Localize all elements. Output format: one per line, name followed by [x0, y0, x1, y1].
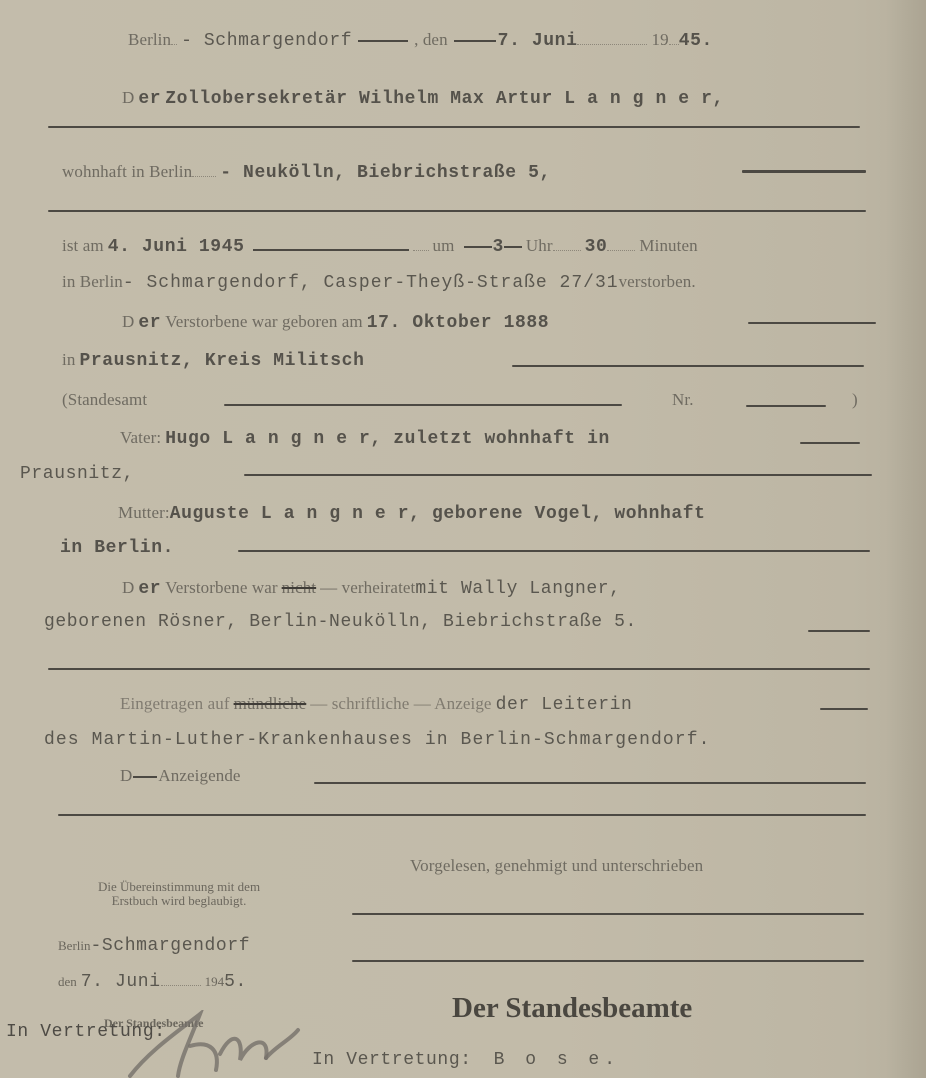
death-place-label: in Berlin — [62, 272, 123, 291]
in-label: in — [62, 350, 75, 369]
birth-place: Prausnitz, Kreis Militsch — [79, 351, 364, 371]
registration-label-rest: — schriftliche — Anzeige — [310, 694, 491, 713]
registration-label: Eingetragen auf — [120, 694, 230, 713]
deceased-line: Der Zollobersekretär Wilhelm Max Artur L… — [122, 88, 724, 109]
cert-date-value: 7. Juni — [81, 972, 161, 992]
struck-nicht: nicht — [282, 578, 317, 597]
certification-place-line: Berlin-Schmargendorf — [58, 936, 250, 956]
cert-place-value: -Schmargendorf — [91, 936, 251, 956]
father-line-1: Vater: Hugo L a n g n e r, zuletzt wohnh… — [120, 428, 610, 449]
signer-line: In Vertretung: B o s e. — [312, 1050, 620, 1070]
birth-place-line: in Prausnitz, Kreis Militsch — [62, 350, 364, 371]
signature-rule-1 — [352, 913, 864, 915]
father-value-2: Prausnitz, — [20, 464, 134, 484]
uhr-label: Uhr — [526, 236, 553, 255]
blank-rule — [58, 814, 866, 816]
death-date-line: ist am 4. Juni 1945 um 3 Uhr 30 Minuten — [62, 236, 698, 257]
fill-rule — [244, 474, 872, 476]
informant-prefix: D — [120, 766, 132, 785]
informant-value-2: des Martin-Luther-Krankenhauses in Berli… — [44, 730, 711, 750]
in-vertretung-text: In Vertretung: — [312, 1050, 472, 1070]
article-suffix: er — [138, 313, 161, 333]
standesamt-rule — [224, 404, 622, 406]
signature-rule-2 — [352, 960, 864, 962]
verstorben-label: verstorben. — [619, 272, 696, 291]
informant-value: der Leiterin — [496, 695, 633, 715]
mother-value: Auguste L a n g n e r, geborene Vogel, w… — [170, 504, 706, 524]
paren: ) — [852, 390, 858, 409]
cert-date-label: den — [58, 974, 77, 989]
death-hour: 3 — [492, 237, 503, 257]
date-label: , den — [414, 30, 448, 49]
death-place-line: in Berlin- Schmargendorf, Casper-Theyß-S… — [62, 272, 696, 293]
birth-date-line: Der Verstorbene war geboren am 17. Oktob… — [122, 312, 549, 333]
deceased-name: Zollobersekretär Wilhelm Max Artur L a n… — [165, 89, 724, 109]
um-label: um — [433, 236, 455, 255]
residence-line: wohnhaft in Berlin - Neukölln, Biebrichs… — [62, 162, 551, 183]
article-suffix: er — [138, 579, 161, 599]
nr-field: Nr. — [672, 390, 694, 410]
date-value: 7. Juni — [498, 31, 578, 51]
cert-year-suffix: 5. — [224, 972, 247, 992]
year-prefix: 19 — [651, 30, 668, 49]
residence-label: wohnhaft in Berlin — [62, 162, 192, 181]
residence-value: - Neukölln, Biebrichstraße 5, — [220, 163, 551, 183]
death-date-label: ist am — [62, 236, 104, 255]
struck-muendliche: mündliche — [234, 694, 307, 713]
minuten-label: Minuten — [639, 236, 697, 255]
verheiratet-label: — verheiratet — [320, 578, 415, 597]
year-suffix: 45. — [679, 31, 713, 51]
certification-date-line: den 7. Juni 1945. — [58, 972, 247, 992]
certification-line-2: Erstbuch wird beglaubigt. — [56, 893, 302, 909]
fill-rule — [808, 630, 870, 632]
spouse-value-2: geborenen Rösner, Berlin-Neukölln, Biebr… — [44, 612, 637, 632]
article-prefix: D — [122, 88, 134, 107]
close-paren: ) — [852, 390, 858, 410]
nr-label: Nr. — [672, 390, 694, 409]
fill-rule — [748, 322, 876, 324]
mother-label: Mutter: — [118, 503, 170, 522]
fill-rule — [820, 708, 868, 710]
fill-rule — [512, 365, 864, 367]
death-date: 4. Juni 1945 — [108, 237, 245, 257]
article-prefix: D — [122, 578, 134, 597]
place-value: - Schmargendorf — [181, 31, 352, 51]
mother-line-2: in Berlin. — [60, 538, 174, 558]
read-approved-label: Vorgelesen, genehmigt und unterschrieben — [410, 856, 703, 876]
informant-label: Anzeigende — [158, 766, 240, 785]
cert-place-label: Berlin — [58, 938, 91, 953]
standesamt-line: (Standesamt — [62, 390, 147, 410]
anzeigende-line: DAnzeigende — [120, 766, 241, 786]
page-edge-shadow — [886, 0, 926, 1078]
spouse-value: mit Wally Langner, — [415, 579, 620, 599]
marital-line-2: geborenen Rösner, Berlin-Neukölln, Biebr… — [44, 612, 637, 632]
mother-value-2: in Berlin. — [60, 538, 174, 558]
death-minutes: 30 — [585, 237, 608, 257]
document-page: Berlin - Schmargendorf , den 7. Juni 194… — [0, 0, 926, 1078]
birth-date: 17. Oktober 1888 — [367, 313, 549, 333]
fill-rule — [742, 170, 866, 173]
marital-label: Verstorbene war — [165, 578, 277, 597]
blank-rule — [48, 126, 860, 128]
blank-rule — [48, 668, 870, 670]
fill-rule — [800, 442, 860, 444]
cert-year-prefix: 194 — [205, 974, 225, 989]
birth-label: Verstorbene war geboren am — [165, 312, 363, 331]
blank-rule — [48, 210, 866, 212]
death-place: - Schmargendorf, Casper-Theyß-Straße 27/… — [123, 273, 619, 293]
official-title-text: Der Standesbeamte — [452, 992, 692, 1024]
fill-rule — [314, 782, 866, 784]
father-label: Vater: — [120, 428, 161, 447]
read-approved-text: Vorgelesen, genehmigt und unterschrieben — [410, 856, 703, 875]
registration-line-2: des Martin-Luther-Krankenhauses in Berli… — [44, 730, 711, 750]
father-line-2: Prausnitz, — [20, 464, 134, 484]
father-value: Hugo L a n g n e r, zuletzt wohnhaft in — [165, 429, 610, 449]
header-line: Berlin - Schmargendorf , den 7. Juni 194… — [128, 30, 713, 51]
certification-text: Die Übereinstimmung mit dem Erstbuch wir… — [56, 879, 302, 909]
official-title: Der Standesbeamte — [452, 992, 692, 1025]
article-prefix: D — [122, 312, 134, 331]
fill-rule — [238, 550, 870, 552]
standesamt-label: (Standesamt — [62, 390, 147, 409]
place-label: Berlin — [128, 30, 171, 49]
marital-line-1: Der Verstorbene war nicht — verheiratetm… — [122, 578, 621, 599]
article-suffix: er — [138, 89, 161, 109]
handwritten-signature — [120, 1010, 310, 1078]
signer-name: B o s e. — [494, 1050, 620, 1070]
nr-rule — [746, 405, 826, 407]
mother-line-1: Mutter:Auguste L a n g n e r, geborene V… — [118, 503, 706, 524]
registration-line-1: Eingetragen auf mündliche — schriftliche… — [120, 694, 632, 715]
